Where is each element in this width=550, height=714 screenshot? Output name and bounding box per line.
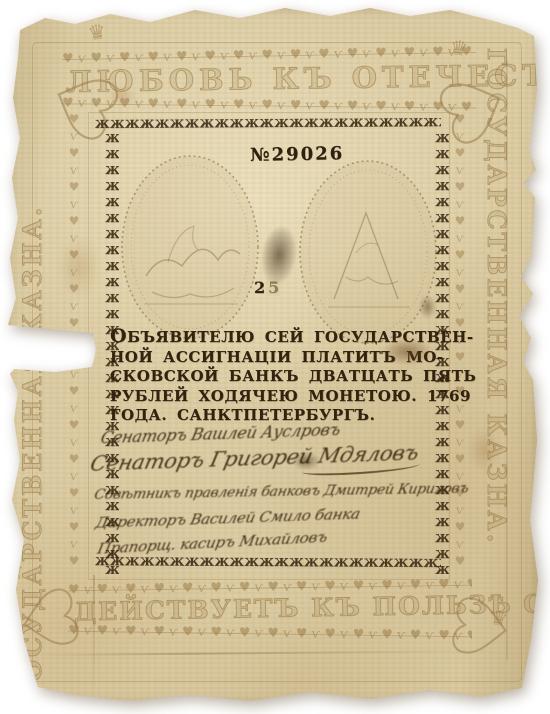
ornament-border-top: ЖЖЖЖЖЖЖЖЖЖЖЖЖЖЖЖЖЖЖЖЖЖЖЖЖЖЖЖЖЖЖ (95, 116, 441, 134)
denomination-fade-spot (266, 278, 280, 296)
obligation-text-block: ОБЪЯВИТЕЛЮ СЕЙ ГОСУДАРСТВЕН- НОЙ АССИГНА… (110, 327, 444, 426)
crown-icon: ♛ (448, 35, 469, 61)
vine-ornament-icon: ♥ѵ♥ѵ♥ѵ♥ѵ♥ѵ♥ѵ♥ѵ♥ѵ♥ѵ♥ѵ♥ѵ♥ѵ♥ѵ♥ѵ♥ѵ♥ѵ (66, 112, 81, 574)
banknote-photo: { "banknote": { "title": "Russian assign… (0, 0, 550, 714)
heart-bracket-icon (1, 577, 99, 661)
obligation-line: ОБЪЯВИТЕЛЮ СЕЙ ГОСУДАРСТВЕН- (110, 327, 444, 348)
embossed-seal-right-icon (296, 157, 440, 347)
crown-icon: ♛ (86, 19, 108, 46)
watermark-bottom-motto: ДЕЙСТВУЕТЪ КЪ ПОЛЬЗѢ ОНАГО (74, 591, 466, 627)
crown-icon: ♛ (5, 559, 25, 585)
banknote-paper: ♥ѵ♥ѵ♥ѵ♥ѵ♥ѵ♥ѵ♥ѵ♥ѵ♥ѵ♥ѵ♥ѵ♥ѵ♥ѵ♥ѵ♥ѵ♥ѵ♥ѵ♥ѵ♥ѵ♥ѵ… (0, 0, 550, 714)
ornament-border-bottom: ЖЖЖЖЖЖЖЖЖЖЖЖЖЖЖЖЖЖЖЖЖЖЖЖЖЖЖЖЖЖЖ (95, 555, 441, 573)
paper-shadow-wrap: ♥ѵ♥ѵ♥ѵ♥ѵ♥ѵ♥ѵ♥ѵ♥ѵ♥ѵ♥ѵ♥ѵ♥ѵ♥ѵ♥ѵ♥ѵ♥ѵ♥ѵ♥ѵ♥ѵ♥ѵ… (0, 0, 550, 714)
serial-number: №29026 (250, 143, 345, 166)
ink-stain (258, 224, 300, 286)
embossed-seal-left-icon (118, 152, 262, 342)
signature-line: Прапорщ. касиръ Михайловъ (96, 528, 329, 558)
obligation-line: РУБЛЕЙ ХОДЯЧЕЮ МОНЕТОЮ. 1769 (110, 387, 444, 407)
heart-bracket-icon (433, 587, 528, 666)
obligation-line: НОЙ АССИГНАЦІИ ПЛАТИТЪ МО- (110, 348, 444, 368)
vine-ornament-icon: ♥ѵ♥ѵ♥ѵ♥ѵ♥ѵ♥ѵ♥ѵ♥ѵ♥ѵ♥ѵ♥ѵ♥ѵ♥ѵ♥ѵ♥ѵ♥ѵ♥ѵ♥ѵ♥ѵ♥ѵ… (68, 623, 472, 645)
signature-line: Совѣтникъ правленія банковъ Дмитрей Кири… (93, 481, 470, 504)
obligation-line: СКОВСКОЙ БАНКЪ ДВАТЦАТЬ ПЯТЬ (110, 367, 444, 387)
